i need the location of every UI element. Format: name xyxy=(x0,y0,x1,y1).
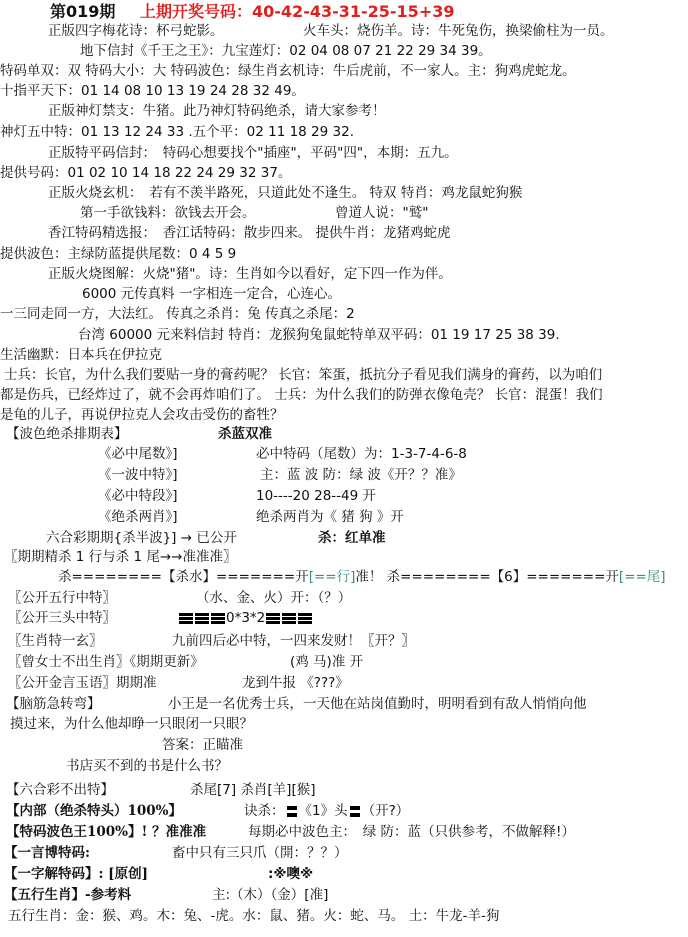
riddle-label: 【脑筋急转弯】 xyxy=(6,694,101,714)
special-code-info: 特码单双：双 特码大小：大 特码波色：绿生肖玄机诗：牛后虎前，不一家人。主：狗鸡… xyxy=(0,61,576,81)
bar-icon xyxy=(179,613,193,624)
wave-row-label: 《绝杀两肖》] xyxy=(98,507,178,527)
wave-row-label: 《一波中特》] xyxy=(98,465,178,485)
taiwan-envelope: 台湾 60000 元来料信封 特肖：龙猴狗兔鼠蛇特单双平码：01 19 17 2… xyxy=(78,325,560,345)
bar-icon xyxy=(211,613,225,624)
precise-kill: 〖期期精杀 1 行与杀 1 尾→→准准准〗 xyxy=(4,547,236,567)
wave-row-label: 《必中特段》] xyxy=(98,486,178,506)
bar-icon xyxy=(282,613,296,624)
provided-numbers: 提供号码：01 02 10 14 18 22 24 29 32 37。 xyxy=(0,163,291,183)
yiyan-label: 【一言博特码: xyxy=(4,843,90,863)
last-draw-label: 上期开奖号码： xyxy=(140,2,252,21)
neibu-value: 诀杀：《1》头（开?） xyxy=(244,801,409,821)
underground-envelope: 地下信封《千王之王》：九宝莲灯：02 04 08 07 21 22 29 34 … xyxy=(80,41,492,61)
santou-numbers: 0*3*2 xyxy=(226,610,265,626)
fax-6000: 6000 元传真料 一字相连一定合，心连心。 xyxy=(82,284,341,304)
bar-icon xyxy=(350,806,360,817)
zeng-value: (鸡 马)准 开 xyxy=(290,652,363,672)
wave-table-title: 【波色绝杀排期表】 xyxy=(6,424,128,444)
first-hand: 第一手欲钱料：欲钱去开会。 xyxy=(80,203,256,223)
bar-icon xyxy=(287,806,297,817)
yiyan-value: 畜中只有三只爪（開：？？） xyxy=(172,843,348,863)
santou-value: 0*3*2 xyxy=(178,608,313,628)
wuxing-shengxiao-value: 主:（木）（金）[准] xyxy=(212,885,328,905)
wave-row-value: 绝杀两肖为《 猪 狗 》开 xyxy=(256,507,404,527)
zeng-says: 曾道人说："鹫" xyxy=(335,203,428,223)
lamp-ban: 正版神灯禁支：牛猪。此乃神灯特码绝杀，请大家参考！ xyxy=(48,101,386,121)
bose-label: 【特码波色王100%】! ？准准准 xyxy=(6,822,206,842)
wave-row-value: 主：蓝 波 防：绿 波《开？？准》 xyxy=(260,465,462,485)
neibu-open: （开?） xyxy=(362,803,410,819)
neibu-head: 《1》头 xyxy=(299,803,348,819)
zeng-label: 〖曾女士不出生肖〗《期期更新》 xyxy=(8,652,204,672)
wave-row-label: 《必中尾数》] xyxy=(98,444,178,464)
ten-fingers: 十指平天下：01 14 08 10 13 19 24 28 32 49。 xyxy=(0,81,305,101)
jinyan-label: 〖公开金言玉语〗期期准 xyxy=(8,673,157,693)
wave-table-kill: 杀蓝双准 xyxy=(218,424,272,444)
wuxing-shengxiao-label: 【五行生肖】-参考料 xyxy=(4,885,131,905)
wave-row-value: 必中特码（尾数）为：1-3-7-4-6-8 xyxy=(256,444,467,464)
wave-row-value: 10----20 28--49 开 xyxy=(256,486,376,506)
riddle-answer: 答案：正瞄准 xyxy=(162,735,243,755)
liuhe-kill-red: 杀：红单准 xyxy=(318,528,386,548)
fax-kill: 一三同走同一方，大法红。 传真之杀肖：兔 传真之杀尾：2 xyxy=(0,304,355,324)
shengxiao-value: 九前四后必中特，一四来发财！〖开？〗 xyxy=(172,631,415,651)
kill-water: 杀========【杀水】=======开 xyxy=(58,569,309,585)
riddle-question-1: 小王是一名优秀士兵，一天他在站岗值勤时，明明看到有敌人悄悄向他 xyxy=(168,694,587,714)
lamp-five: 神灯五中特：01 13 12 24 33 .五个平：02 11 18 29 32… xyxy=(0,122,354,142)
provided-wave: 提供波色：主绿防蓝提供尾数：0 4 5 9 xyxy=(0,244,236,264)
fire-mystery: 正版火烧玄机： 若有不羡半路死，只道此处不逢生。 特双 特肖：鸡龙鼠蛇狗猴 xyxy=(48,183,522,203)
plum-poem: 正版四字梅花诗：杯弓蛇影。 xyxy=(48,21,224,41)
jinyan-value: 龙到牛报 《???》 xyxy=(242,673,349,693)
wuxing-label: 〖公开五行中特〗 xyxy=(8,588,116,608)
humor-title: 生活幽默：日本兵在伊拉克 xyxy=(0,345,162,365)
last-draw-numbers: 40-42-43-31-25-15+39 xyxy=(252,2,454,21)
neibu-kill: 诀杀： xyxy=(244,803,285,819)
buchu-label: 【六合彩不出特】 xyxy=(6,780,114,800)
train-head: 火车头：烧伤羊。诗：牛死兔伤，换梁偷柱为一员。 xyxy=(303,21,614,41)
fire-diagram: 正版火烧图解：火烧"猪"。诗：生肖如今以看好，定下四一作为伴。 xyxy=(48,264,452,284)
humor-line-1: 士兵：长官，为什么我们要贴一身的膏药呢？ 长官：笨蛋，抵抗分子看见我们满身的膏药… xyxy=(4,365,602,385)
riddle-question-2: 摸过来，为什么他却睁一只眼闭一只眼？ xyxy=(10,714,253,734)
wuxing-value: （水、金、火）开：（？） xyxy=(196,588,351,608)
hongkong-report: 香江特码精选报： 香江话特码：散步四来。 提供牛肖：龙猪鸡蛇虎 xyxy=(48,223,451,243)
santou-label: 〖公开三头中特〗 xyxy=(8,608,116,628)
wuxing-list: 五行生肖：金：猴、鸡。木：兔、-虎。水：鼠、猪。火：蛇、马。 土：牛龙-羊-狗 xyxy=(8,906,499,926)
humor-line-3: 是龟的儿子，再说伊拉克人会攻击受伤的畜牲？ xyxy=(0,405,284,425)
yizi-label: 【一字解特码】: [原创] xyxy=(4,864,148,884)
flat-code-envelope: 正版特平码信封： 特码心想要找个"插座"，平码"四"，本期：五九。 xyxy=(48,143,458,163)
liuhe-half-wave: 六合彩期期{杀半波}] → 已公开 xyxy=(46,528,237,548)
book-question: 书店买不到的书是什么书？ xyxy=(66,756,228,776)
bar-icon xyxy=(266,613,280,624)
buchu-value: 杀尾[7] 杀肖[羊][猴] xyxy=(190,780,315,800)
yizi-value: :※噢※ xyxy=(268,864,313,884)
issue-number: 第019期 xyxy=(50,2,115,22)
bar-icon xyxy=(195,613,209,624)
kill-line: 杀========【杀水】=======开[==行]准！ 杀========【6… xyxy=(58,567,666,587)
kill-tail-bracket: [==尾] xyxy=(619,569,666,585)
last-draw: 上期开奖号码：40-42-43-31-25-15+39 xyxy=(140,2,454,22)
bar-icon xyxy=(298,613,312,624)
kill-row-bracket: [==行] xyxy=(309,569,356,585)
shengxiao-label: 〖生肖特一玄〗 xyxy=(8,631,103,651)
kill-six: 准！ 杀========【6】=======开 xyxy=(355,569,619,585)
bose-value: 每期必中波色主： 绿 防：蓝（只供参考，不做解释!） xyxy=(248,822,575,842)
humor-line-2: 都是伤兵，已经炸过了，就不会再炸咱们了。 士兵：为什么我们的防弹衣像龟壳？ 长官… xyxy=(0,385,603,405)
neibu-label: 【内部（绝杀特头）100%】 xyxy=(6,801,182,821)
